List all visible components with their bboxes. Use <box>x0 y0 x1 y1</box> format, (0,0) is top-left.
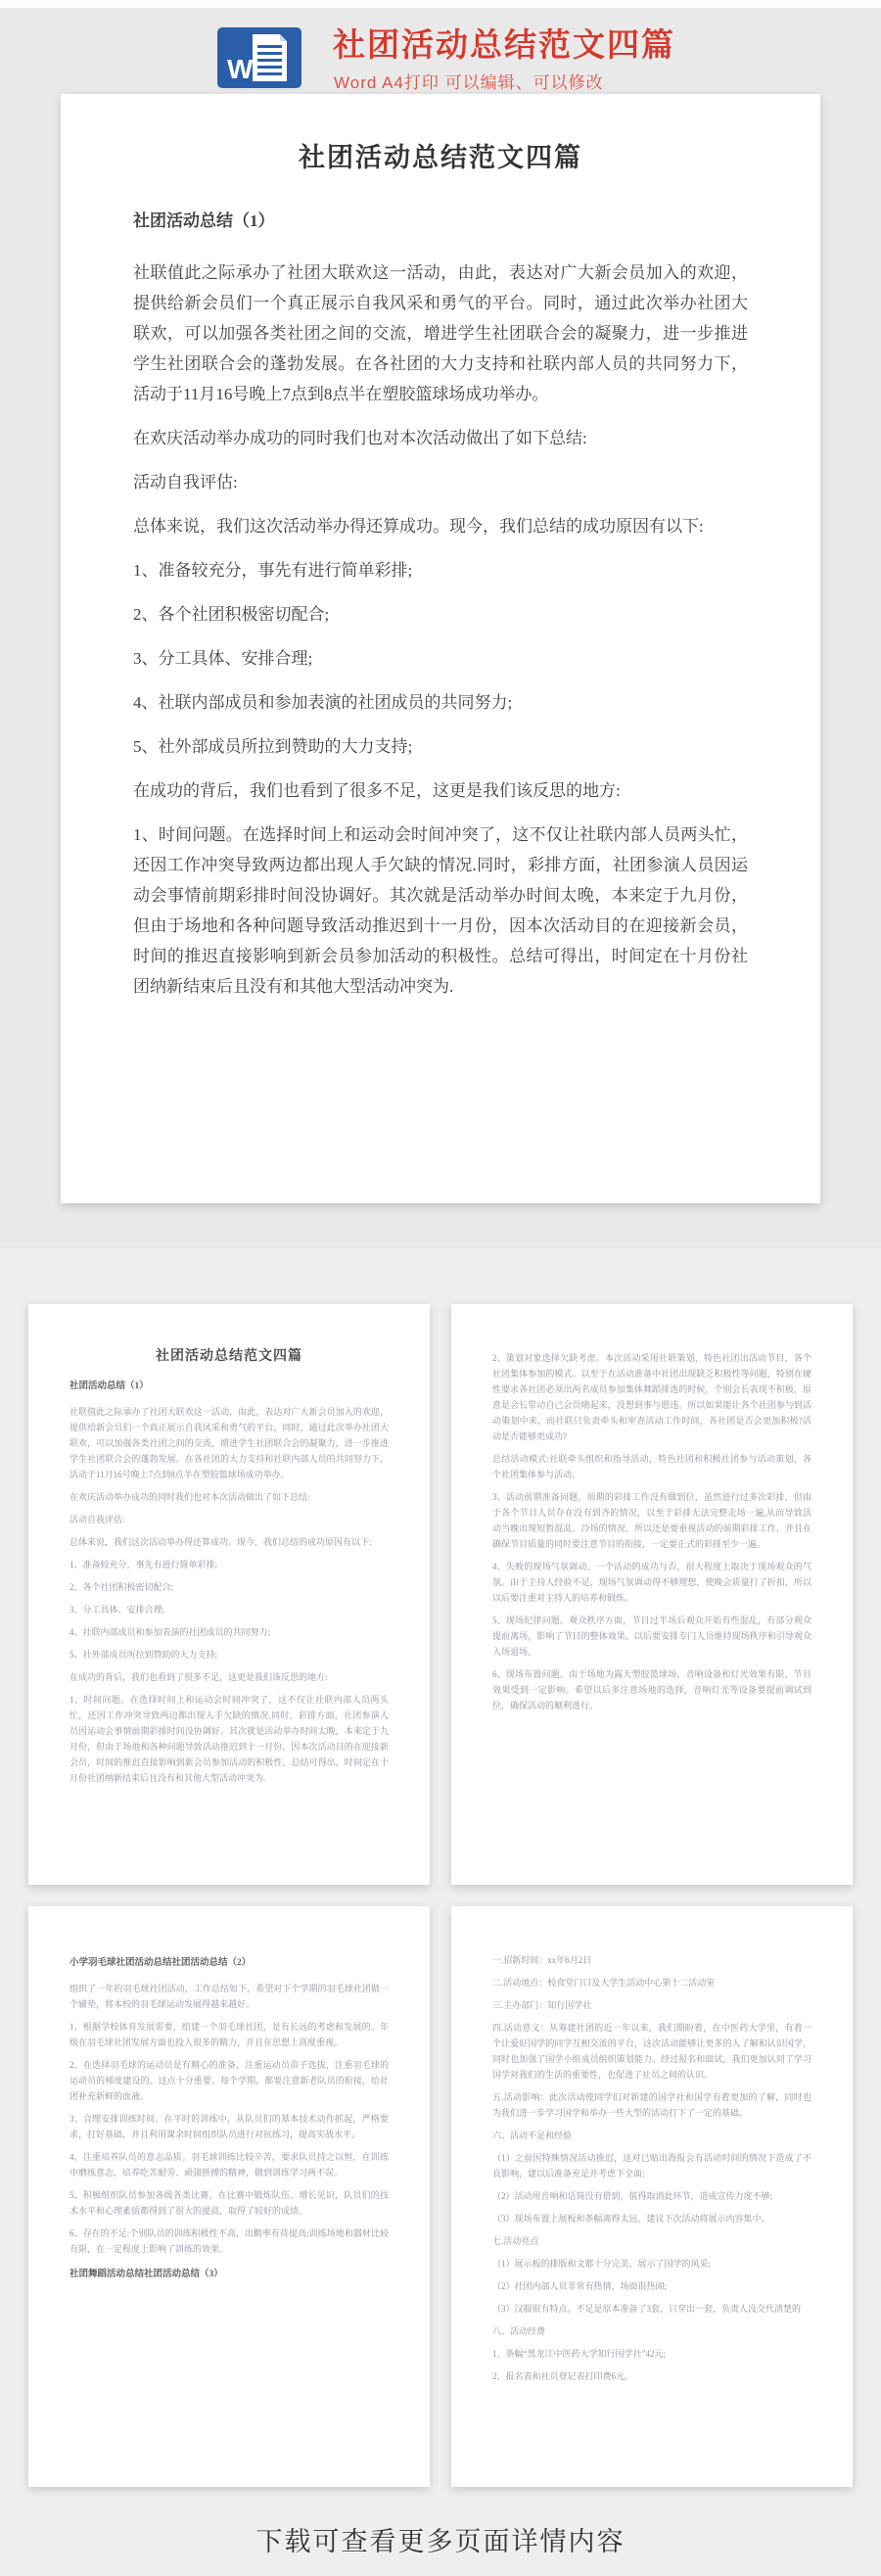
doc-paragraph: 小学羽毛球社团活动总结社团活动总结（2） <box>70 1955 389 1971</box>
doc-paragraph: 1、准备较充分，事先有进行简单彩排; <box>133 555 748 585</box>
doc-paragraph: 三.主办部门：知行国学社 <box>492 1997 811 2013</box>
document-header: W 社团活动总结范文四篇 Word A4打印 可以编辑、可以修改 <box>0 8 881 94</box>
doc-paragraph: 社团活动总结（1） <box>133 206 748 236</box>
doc-paragraph: 4、社联内部成员和参加表演的社团成员的共同努力; <box>70 1624 389 1640</box>
doc-paragraph: 3、分工具体、安排合理; <box>133 643 748 674</box>
page-thumbnails-grid: 社团活动总结范文四篇社团活动总结（1）社联值此之际承办了社团大联欢这一活动，由此… <box>28 1304 853 2487</box>
doc-paragraph: 总体来说，我们这次活动举办得还算成功。现今，我们总结的成功原因有以下: <box>133 511 748 541</box>
doc-paragraph: 组织了一年的羽毛球社团活动，工作总结如下，希望对下个学期的羽毛球社团做一个辅垫，… <box>70 1981 389 2012</box>
doc-paragraph: 在成功的背后，我们也看到了很多不足，这更是我们该反思的地方: <box>133 775 748 806</box>
doc-paragraph: 1、准备较充分，事先有进行简单彩排; <box>70 1557 389 1572</box>
doc-paragraph: 1、条幅“黑龙江中医药大学知行国学社”42元; <box>492 2346 811 2362</box>
doc-paragraph: 总结活动模式:社联牵头组织和指导活动，特色社团和积极社团参与活动策划，各个社团集… <box>492 1451 811 1482</box>
doc-paragraph: 5、现场纪律问题。观众秩序方面，节目过半场后观众开始有些混乱，有部分观众提前离场… <box>492 1613 811 1660</box>
doc-paragraph: 四.活动意义：从筹建社团的近一年以来，我们期盼着，在中医药大学里，有着一个让爱好… <box>492 2020 811 2083</box>
doc-paragraph: 3、合理安排训练时间。在平时的训练中，从队员们的基本技术动作抓起，严格要求，打好… <box>70 2111 389 2142</box>
doc-paragraph: 6、现场布置问题。由于场地为露天塑胶篮球场，音响设备和灯光效果有限，节目效果受到… <box>492 1666 811 1713</box>
doc-paragraph: 3、活动前期准备问题。前期的彩排工作没有做到位，虽然进行过多次彩排，但由于各个节… <box>492 1489 811 1552</box>
doc-paragraph: （1）展示板的排版和文都十分完美，展示了国学的风采; <box>492 2256 811 2272</box>
thumbnail-page-1[interactable]: 社团活动总结范文四篇社团活动总结（1）社联值此之际承办了社团大联欢这一活动，由此… <box>28 1304 430 1885</box>
doc-paragraph: 在欢庆活动举办成功的同时我们也对本次活动做出了如下总结: <box>133 423 748 453</box>
document-page-1-preview: 社团活动总结范文四篇社团活动总结（1）社联值此之际承办了社团大联欢这一活动，由此… <box>61 94 820 1203</box>
doc-paragraph: 2、各个社团积极密切配合; <box>133 599 748 630</box>
footer-note: 下载可查看更多页面详情内容 <box>0 2520 881 2558</box>
doc-paragraph: （2）社团内部人员非常有热情，场面很热闹; <box>492 2278 811 2294</box>
doc-paragraph: 在成功的背后，我们也看到了很多不足，这更是我们该反思的地方: <box>70 1669 389 1685</box>
doc-paragraph: 社团活动总结范文四篇 <box>70 1347 389 1367</box>
doc-paragraph: 5、积极组织队员参加各级各类比赛，在比赛中锻炼队伍、增长见识，队员们的技术水平和… <box>70 2187 389 2219</box>
doc-paragraph: 八、活动经费 <box>492 2323 811 2339</box>
doc-paragraph: 六、活动不足和经验 <box>492 2128 811 2143</box>
doc-paragraph: 社团舞蹈活动总结社团活动总结（3） <box>70 2267 389 2282</box>
doc-paragraph: 总体来说，我们这次活动举办得还算成功。现今，我们总结的成功原因有以下: <box>70 1534 389 1550</box>
word-file-icon: W <box>217 27 301 88</box>
doc-paragraph: （1）之前因特殊情况活动推迟，这对已贴出海报会有活动时间的情况下造成了不良影响，… <box>492 2150 811 2181</box>
top-white-strip <box>0 0 881 8</box>
doc-paragraph: 五.活动影响：此次活动使同学们对新建的国学社和国学有着更加的了解，同时也为我们进… <box>492 2089 811 2121</box>
doc-paragraph: 社团活动总结（1） <box>70 1379 389 1394</box>
svg-text:W: W <box>227 54 254 84</box>
doc-paragraph: 活动自我评估: <box>70 1512 389 1527</box>
doc-paragraph: 2、策划对象选择欠缺考虑。本次活动采用社联策划，特色社团出活动节目，各个社团集体… <box>492 1350 811 1444</box>
thumbnail-page-4[interactable]: 一.招新时间：xx年6月2日二.活动地点：校食堂门口及大学生活动中心第十二活动室… <box>451 1906 853 2487</box>
doc-paragraph: 1、根据学校体育发展需要，组建一个羽毛球社团，是有长远的考虑和发展的。年级在羽毛… <box>70 2019 389 2050</box>
doc-paragraph: 4、社联内部成员和参加表演的社团成员的共同努力; <box>133 687 748 718</box>
doc-paragraph: 4、注重培养队员的意志品质。羽毛球训练比较辛苦，要求队员持之以恒，在训练中磨练意… <box>70 2149 389 2180</box>
doc-paragraph: 1、时间问题。在选择时间上和运动会时间冲突了，这不仅让社联内部人员两头忙，还因工… <box>133 820 748 1002</box>
doc-paragraph: 2、在选择羽毛球的运动员是有精心的准备，注重运动员苗子选拔，注重羽毛球的运动员的… <box>70 2057 389 2104</box>
doc-paragraph: 2、各个社团积极密切配合; <box>70 1579 389 1595</box>
page-subtitle: Word A4打印 可以编辑、可以修改 <box>334 69 604 93</box>
doc-paragraph: 一.招新时间：xx年6月2日 <box>492 1952 811 1968</box>
thumbnail-page-3[interactable]: 小学羽毛球社团活动总结社团活动总结（2）组织了一年的羽毛球社团活动，工作总结如下… <box>28 1906 430 2487</box>
doc-paragraph: （3）汉服很有特点。不足是原本准备了3套，只穿出一套，负责人没交代清楚的 <box>492 2301 811 2317</box>
page-title: 社团活动总结范文四篇 <box>333 20 675 66</box>
doc-paragraph: （3）现场布置上展板和条幅离得太远，建议下次活动将展示内容集中。 <box>492 2211 811 2226</box>
doc-paragraph: （2）活动用音响和话筒没有借到，值得取消此环节，造成宣传力度不够; <box>492 2188 811 2204</box>
top-section: W 社团活动总结范文四篇 Word A4打印 可以编辑、可以修改 社团活动总结范… <box>0 8 881 1247</box>
doc-paragraph: 3、分工具体、安排合理; <box>70 1602 389 1617</box>
doc-paragraph: 二.活动地点：校食堂门口及大学生活动中心第十二活动室 <box>492 1975 811 1991</box>
doc-paragraph: 活动自我评估: <box>133 467 748 497</box>
doc-paragraph: 6、存在的不足:个别队员的训练积极性不高，出勤率有待提高;训练场地和器材比较有限… <box>70 2225 389 2257</box>
thumbnail-page-2[interactable]: 2、策划对象选择欠缺考虑。本次活动采用社联策划，特色社团出活动节目，各个社团集体… <box>451 1304 853 1885</box>
doc-paragraph: 4、失败的现场气氛调动。一个活动的成功与否，很大程度上取决于现场观众的气氛。由于… <box>492 1559 811 1606</box>
doc-paragraph: 社联值此之际承办了社团大联欢这一活动，由此，表达对广大新会员加入的欢迎，提供给新… <box>133 258 748 409</box>
doc-paragraph: 社团活动总结范文四篇 <box>133 139 748 176</box>
doc-paragraph: 在欢庆活动举办成功的同时我们也对本次活动做出了如下总结: <box>70 1489 389 1505</box>
doc-paragraph: 2、报名表和社员登记表打印费6元。 <box>492 2368 811 2384</box>
doc-paragraph: 社联值此之际承办了社团大联欢这一活动，由此，表达对广大新会员加入的欢迎，提供给新… <box>70 1404 389 1482</box>
bottom-section: 社团活动总结范文四篇社团活动总结（1）社联值此之际承办了社团大联欢这一活动，由此… <box>0 1247 881 2576</box>
doc-paragraph: 5、社外部成员所拉到赞助的大力支持; <box>70 1647 389 1663</box>
doc-paragraph: 七.活动亮点 <box>492 2233 811 2249</box>
doc-paragraph: 1、时间问题。在选择时间上和运动会时间冲突了，这不仅让社联内部人员两头忙，还因工… <box>70 1692 389 1786</box>
doc-paragraph: 5、社外部成员所拉到赞助的大力支持; <box>133 731 748 762</box>
